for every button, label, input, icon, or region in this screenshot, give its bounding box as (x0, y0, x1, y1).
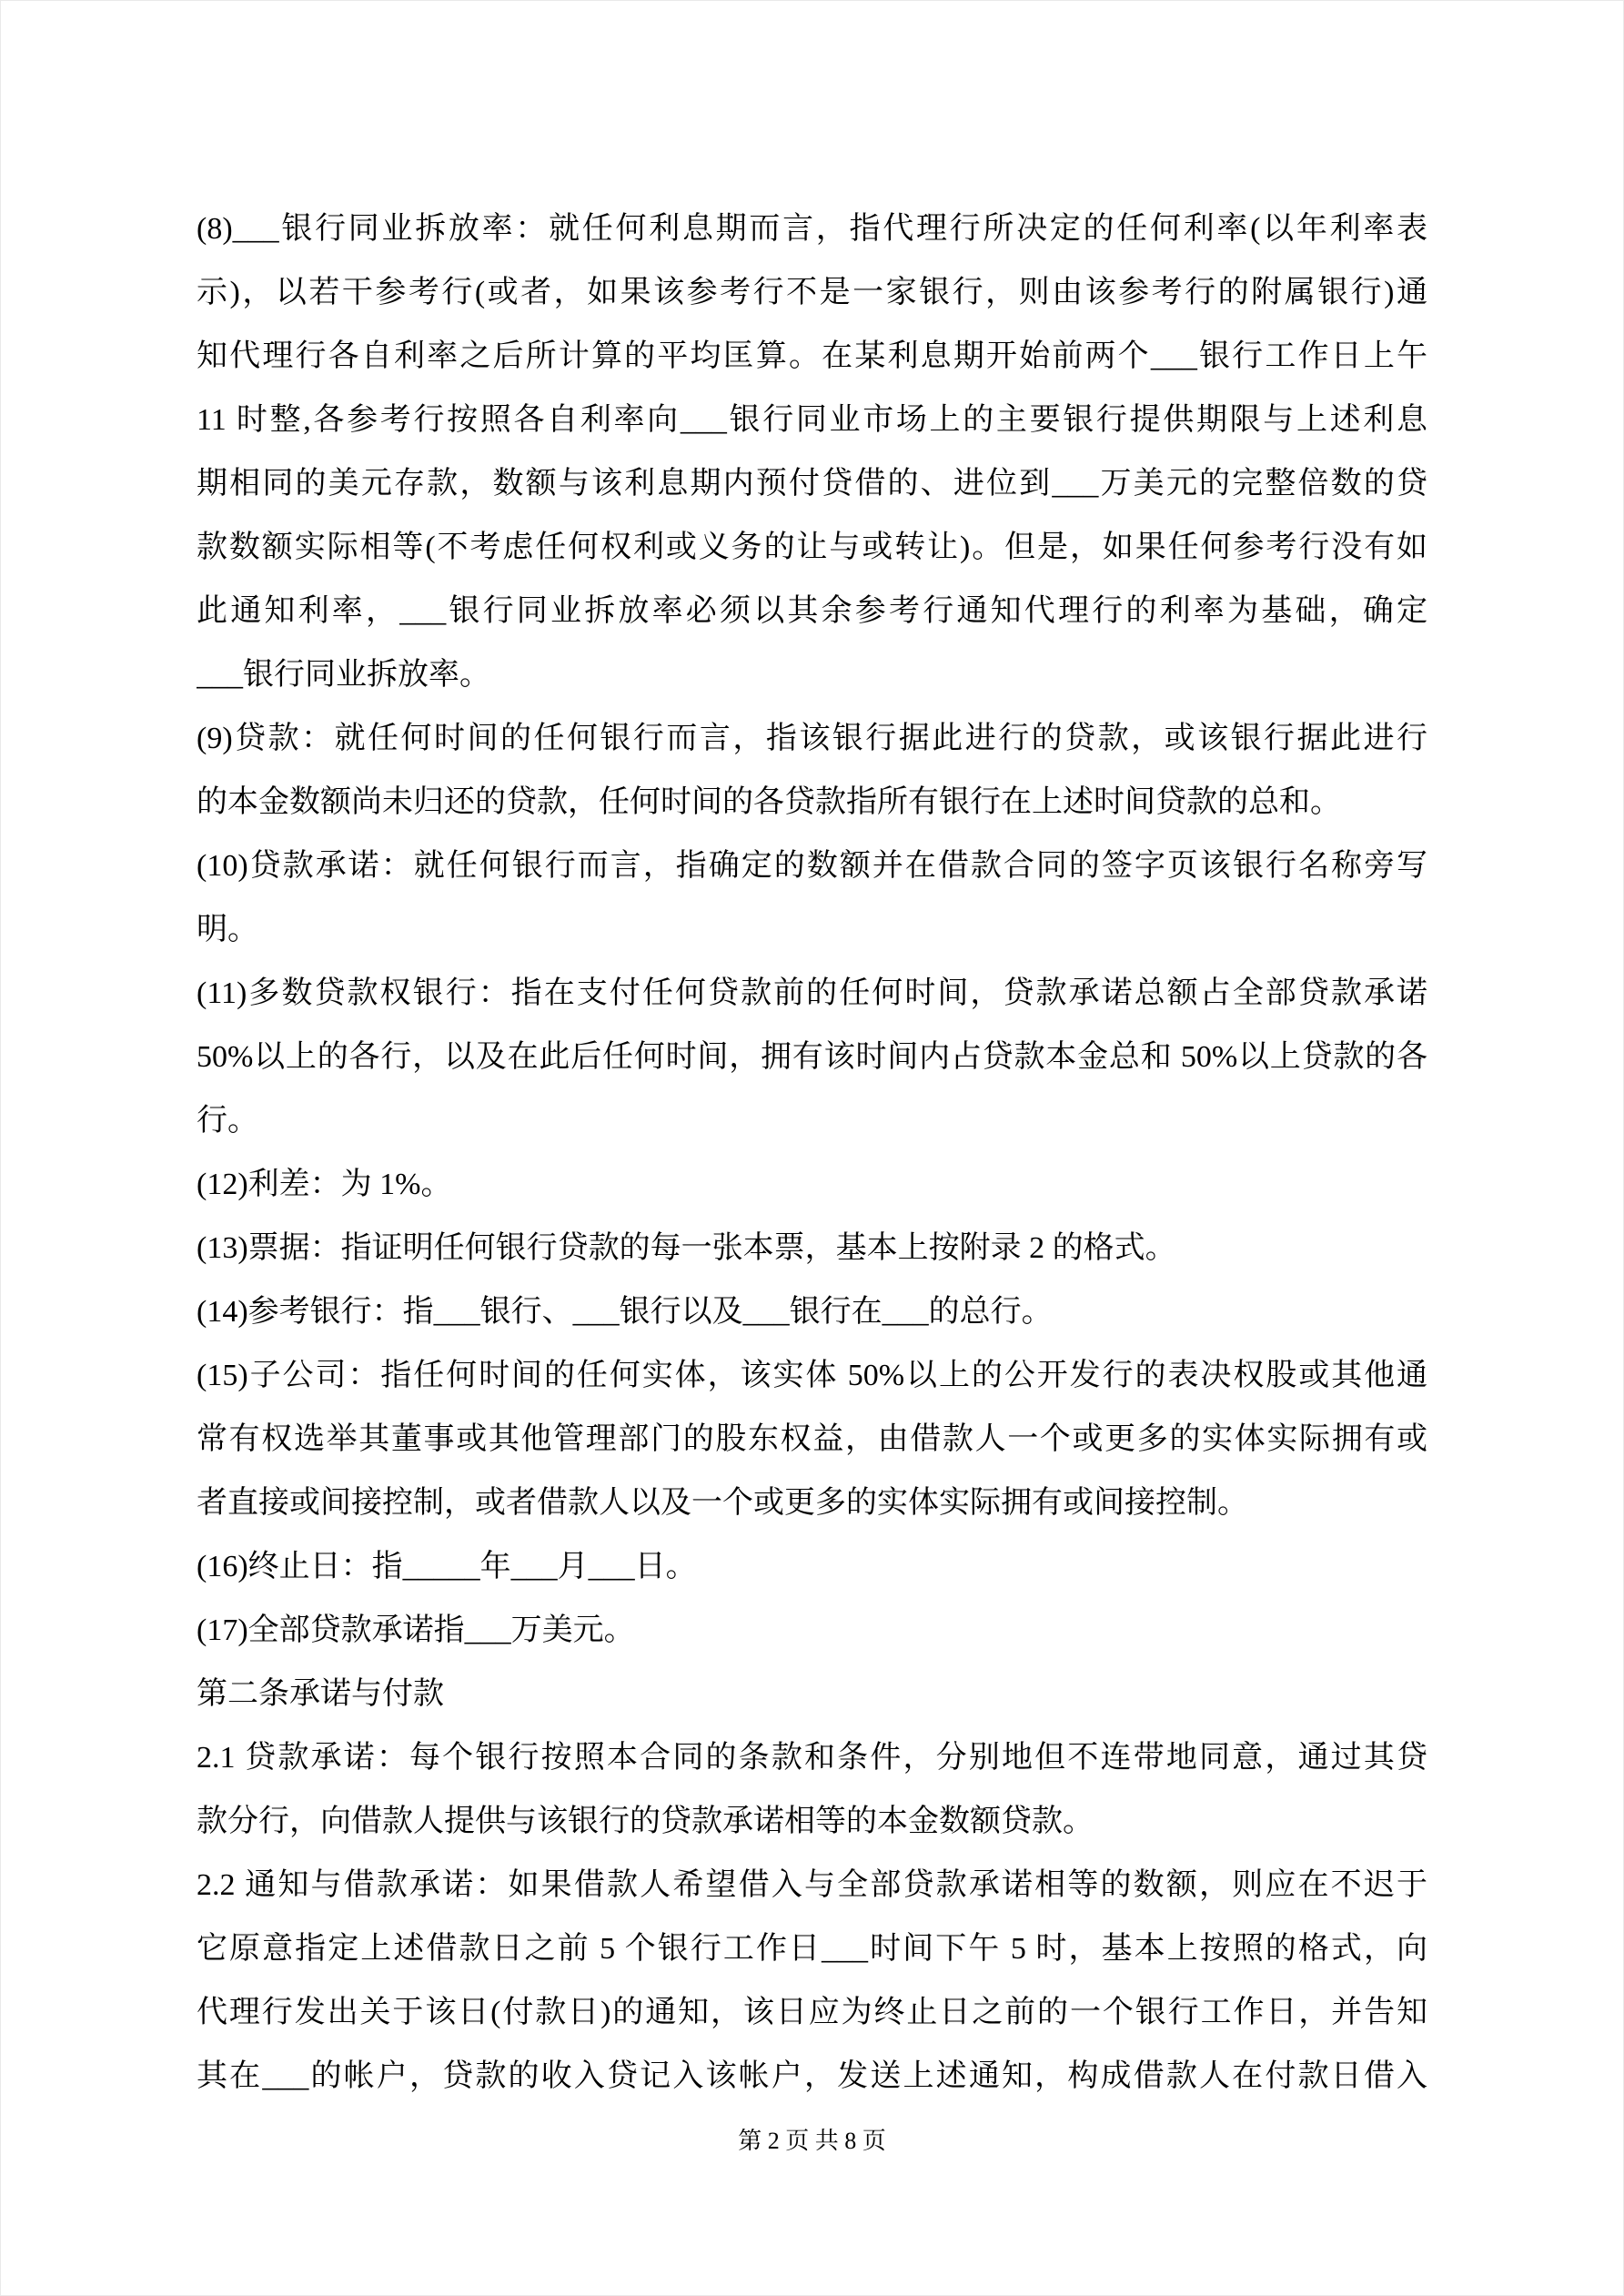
text-line: 期相同的美元存款，数额与该利息期内预付贷借的、进位到___万美元的完整倍数的贷 (197, 452, 1427, 516)
text-line: 示)，以若干参考行(或者，如果该参考行不是一家银行，则由该参考行的附属银行)通 (197, 261, 1427, 325)
text-line: 常有权选举其董事或其他管理部门的股东权益，由借款人一个或更多的实体实际拥有或 (197, 1408, 1427, 1472)
text-line: 11 时整,各参考行按照各自利率向___银行同业市场上的主要银行提供期限与上述利… (197, 389, 1427, 452)
text-line: (8)___银行同业拆放率：就任何利息期而言，指代理行所决定的任何利率(以年利率… (197, 197, 1427, 261)
text-line: 的本金数额尚未归还的贷款，任何时间的各贷款指所有银行在上述时间贷款的总和。 (197, 771, 1427, 834)
text-line: 其在___的帐户，贷款的收入贷记入该帐户，发送上述通知，构成借款人在付款日借入 (197, 2045, 1427, 2109)
text-line: (11)多数贷款权银行：指在支付任何贷款前的任何时间，贷款承诺总额占全部贷款承诺 (197, 962, 1427, 1026)
text-line: 代理行发出关于该日(付款日)的通知，该日应为终止日之前的一个银行工作日，并告知 (197, 1981, 1427, 2045)
text-line: (17)全部贷款承诺指___万美元。 (197, 1599, 1427, 1663)
text-line: (14)参考银行：指___银行、___银行以及___银行在___的总行。 (197, 1280, 1427, 1344)
text-line: (13)票据：指证明任何银行贷款的每一张本票，基本上按附录 2 的格式。 (197, 1217, 1427, 1280)
text-line: 50%以上的各行，以及在此后任何时间，拥有该时间内占贷款本金总和 50%以上贷款… (197, 1026, 1427, 1089)
text-line: 2.2 通知与借款承诺：如果借款人希望借入与全部贷款承诺相等的数额，则应在不迟于 (197, 1854, 1427, 1917)
text-line: ___银行同业拆放率。 (197, 643, 1427, 707)
text-line: 它原意指定上述借款日之前 5 个银行工作日___时间下午 5 时，基本上按照的格… (197, 1917, 1427, 1981)
text-line: 此通知利率，___银行同业拆放率必须以其余参考行通知代理行的利率为基础，确定 (197, 580, 1427, 643)
text-line: 行。 (197, 1089, 1427, 1153)
page-number-footer: 第 2 页 共 8 页 (1, 2123, 1623, 2159)
document-page: (8)___银行同业拆放率：就任何利息期而言，指代理行所决定的任何利率(以年利率… (0, 0, 1624, 2296)
text-line: (12)利差：为 1%。 (197, 1153, 1427, 1217)
text-line: (10)贷款承诺：就任何银行而言，指确定的数额并在借款合同的签字页该银行名称旁写 (197, 834, 1427, 898)
section-heading: 第二条承诺与付款 (197, 1663, 1427, 1726)
text-line: (9)贷款：就任何时间的任何银行而言，指该银行据此进行的贷款，或该银行据此进行 (197, 707, 1427, 771)
text-line: (16)终止日：指_____年___月___日。 (197, 1535, 1427, 1599)
text-line: 明。 (197, 898, 1427, 962)
text-line: 知代理行各自利率之后所计算的平均匡算。在某利息期开始前两个___银行工作日上午 (197, 325, 1427, 389)
text-line: 款数额实际相等(不考虑任何权利或义务的让与或转让)。但是，如果任何参考行没有如 (197, 516, 1427, 580)
text-line: (15)子公司：指任何时间的任何实体，该实体 50%以上的公开发行的表决权股或其… (197, 1344, 1427, 1408)
text-line: 者直接或间接控制，或者借款人以及一个或更多的实体实际拥有或间接控制。 (197, 1472, 1427, 1535)
text-line: 2.1 贷款承诺：每个银行按照本合同的条款和条件，分别地但不连带地同意，通过其贷 (197, 1726, 1427, 1790)
document-body: (8)___银行同业拆放率：就任何利息期而言，指代理行所决定的任何利率(以年利率… (197, 197, 1427, 2109)
text-line: 款分行，向借款人提供与该银行的贷款承诺相等的本金数额贷款。 (197, 1790, 1427, 1854)
